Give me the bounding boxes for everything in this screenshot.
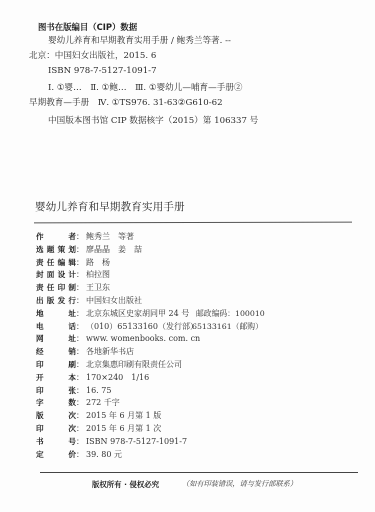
row-value: 170×240 1/16 [86, 372, 149, 385]
misprint-contact-note: （如有印装错误，请与发行部联系） [182, 479, 297, 489]
row-label: 书 号 [36, 436, 76, 449]
colophon-row-format: 开 本：170×240 1/16 [36, 372, 356, 385]
row-label: 字 数 [36, 397, 76, 410]
mail-order-phone: 65133161（邮购） [192, 321, 263, 334]
colophon-row-printer: 印 刷：北京集惠印刷有限责任公司 [36, 359, 356, 372]
row-value: 路 杨 [86, 257, 110, 270]
colophon-row-phone: 电 话：（010）65133160（发行部） 65133161（邮购） [36, 321, 356, 334]
row-label: 电 话 [36, 321, 76, 334]
colon: ： [76, 372, 84, 385]
cip-line-title: 婴幼儿养育和早期教育实用手册 / 鲍秀兰等著. -- [48, 36, 231, 47]
row-value: 柏拉图 [86, 269, 110, 282]
row-label: 地 址 [36, 308, 76, 321]
row-label: 网 址 [36, 333, 76, 346]
cip-line-classification-2: 早期教育—手册 Ⅳ. ①TS976. 31-63②G610-62 [29, 98, 223, 109]
copyright-notice: 版权所有 · 侵权必究 [92, 479, 159, 490]
colophon-row-sheets: 印 张：16. 75 [36, 385, 356, 398]
row-value: 272 千字 [86, 397, 120, 410]
colon: ： [76, 244, 84, 257]
row-label: 版 次 [36, 410, 76, 423]
row-label: 印 张 [36, 385, 76, 398]
colophon-row-edition: 版 次：2015 年 6 月第 1 版 [36, 410, 356, 423]
footer-divider [40, 472, 358, 473]
colon: ： [76, 321, 84, 334]
colophon-row-print-supervisor: 责任印制：王卫东 [36, 282, 356, 295]
row-value: 2015 年 6 月第 1 版 [86, 410, 161, 423]
colon: ： [76, 423, 84, 436]
row-label: 选题策划 [36, 244, 76, 257]
colon: ： [76, 333, 84, 346]
colon: ： [76, 359, 84, 372]
colophon-row-planner: 选题策划：廖晶晶 姜 喆 [36, 244, 356, 257]
colon: ： [76, 385, 84, 398]
row-value: 2015 年 6 月第 1 次 [86, 423, 161, 436]
title-divider [34, 222, 352, 224]
row-value: ISBN 978-7-5127-1091-7 [86, 436, 187, 449]
row-label: 出版发行 [36, 295, 76, 308]
row-label: 经 销 [36, 346, 76, 359]
row-value: 各地新华书店 [86, 346, 134, 359]
colophon-row-publisher: 出版发行：中国妇女出版社 [36, 295, 356, 308]
copyright-page: 图书在版编目（CIP）数据 婴幼儿养育和早期教育实用手册 / 鲍秀兰等著. --… [0, 0, 375, 512]
colon: ： [76, 295, 84, 308]
row-label: 责任编辑 [36, 257, 76, 270]
colon: ： [76, 397, 84, 410]
colophon-row-printing: 印 次：2015 年 6 月第 1 次 [36, 423, 356, 436]
colophon-row-author: 作 者：鲍秀兰 等著 [36, 231, 356, 244]
row-value: 鲍秀兰 等著 [86, 231, 134, 244]
cip-line-record-number: 中国版本图书馆 CIP 数据核字（2015）第 106337 号 [48, 116, 258, 127]
row-label: 定 价 [36, 449, 76, 462]
row-value: 廖晶晶 姜 喆 [86, 244, 142, 257]
row-label: 印 刷 [36, 359, 76, 372]
row-label: 印 次 [36, 423, 76, 436]
row-value: 王卫东 [86, 282, 110, 295]
cip-heading: 图书在版编目（CIP）数据 [38, 22, 137, 33]
row-value: 北京集惠印刷有限责任公司 [86, 359, 182, 372]
colon: ： [76, 257, 84, 270]
cip-line-isbn: ISBN 978-7-5127-1091-7 [48, 66, 157, 77]
row-value: 39. 80 元 [86, 449, 122, 462]
cip-line-classification-1: Ⅰ. ①婴… Ⅱ. ①鲍… Ⅲ. ①婴幼儿—哺育—手册② [48, 83, 243, 94]
row-label: 封面设计 [36, 269, 76, 282]
row-label: 开 本 [36, 372, 76, 385]
colophon-row-editor: 责任编辑：路 杨 [36, 257, 356, 270]
row-label: 责任印制 [36, 282, 76, 295]
colophon-row-distributor: 经 销：各地新华书店 [36, 346, 356, 359]
colon: ： [76, 436, 84, 449]
postal-code: 邮政编码：100010 [196, 308, 265, 321]
row-value: 16. 75 [86, 385, 111, 398]
colophon-row-cover-design: 封面设计：柏拉图 [36, 269, 356, 282]
row-value: 北京东城区史家胡同甲 24 号 [86, 308, 189, 321]
colophon-row-price: 定 价：39. 80 元 [36, 449, 356, 462]
row-label: 作 者 [36, 231, 76, 244]
colon: ： [76, 231, 84, 244]
colon: ： [76, 308, 84, 321]
colon: ： [76, 346, 84, 359]
row-value: 中国妇女出版社 [86, 295, 142, 308]
colophon-row-word-count: 字 数：272 千字 [36, 397, 356, 410]
colon: ： [76, 410, 84, 423]
colophon-row-website: 网 址：www. womenbooks. com. cn [36, 333, 356, 346]
colon: ： [76, 282, 84, 295]
website-link[interactable]: www. womenbooks. com. cn [86, 333, 200, 346]
colon: ： [76, 269, 84, 282]
colophon-row-address: 地 址：北京东城区史家胡同甲 24 号 邮政编码：100010 [36, 308, 356, 321]
row-value: （010）65133160（发行部） [86, 321, 198, 334]
colophon-row-isbn: 书 号：ISBN 978-7-5127-1091-7 [36, 436, 356, 449]
cip-line-publisher: 北京：中国妇女出版社，2015. 6 [29, 51, 156, 62]
colophon-list: 作 者：鲍秀兰 等著 选题策划：廖晶晶 姜 喆 责任编辑：路 杨 封面设计：柏拉… [36, 231, 356, 461]
colon: ： [76, 449, 84, 462]
book-title: 婴幼儿养育和早期教育实用手册 [35, 199, 185, 214]
